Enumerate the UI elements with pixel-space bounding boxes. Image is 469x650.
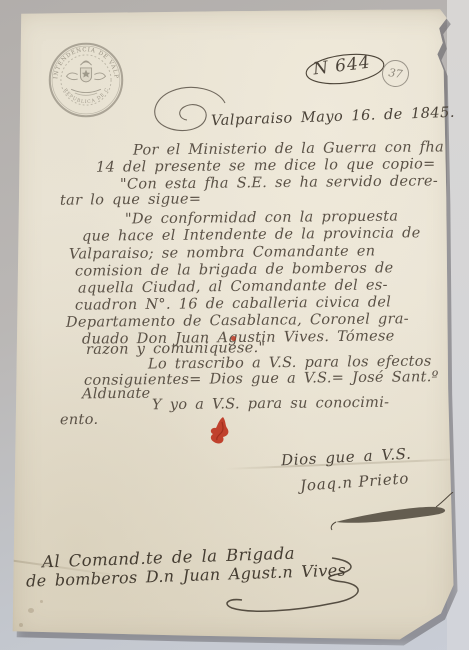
pencil-folio-text: 37: [388, 66, 404, 81]
spiral-flourish-icon: [146, 85, 228, 137]
foxing-stain: [28, 608, 34, 613]
signature-rubric-icon: [328, 492, 454, 536]
foxing-stain: [19, 623, 23, 627]
coat-of-arms-icon: [67, 61, 106, 95]
foxing-stain: [40, 600, 43, 603]
body-line: "De conformidad con la propuesta: [125, 209, 398, 228]
body-line: Valparaiso; se nombra Comandante en: [69, 243, 376, 262]
document-number: N 644: [303, 50, 387, 88]
body-line: cuadron N°. 16 de caballeria civica del: [75, 294, 391, 313]
bracket-flourish-icon: [220, 556, 370, 618]
body-line: comision de la brigada de bomberos de: [75, 260, 394, 279]
body-line: aquella Ciudad, al Comandante del es-: [78, 277, 388, 296]
body-line: Y yo a V.S. para su conocimi-: [152, 395, 389, 413]
intendencia-seal: INTENDENCIA DE VALPARAISO REPUBLICA DE C…: [47, 41, 125, 119]
body-line: "Con esta fha S.E. se ha servido decre-: [120, 173, 438, 192]
red-wax-seal-trace: [203, 416, 239, 450]
red-ink-dot: [231, 336, 236, 341]
body-line: Aldunate: [82, 386, 151, 403]
photographed-manuscript: INTENDENCIA DE VALPARAISO REPUBLICA DE C…: [0, 0, 469, 650]
body-line: tar lo que sigue=: [60, 191, 202, 208]
body-line: ento.: [60, 412, 99, 428]
